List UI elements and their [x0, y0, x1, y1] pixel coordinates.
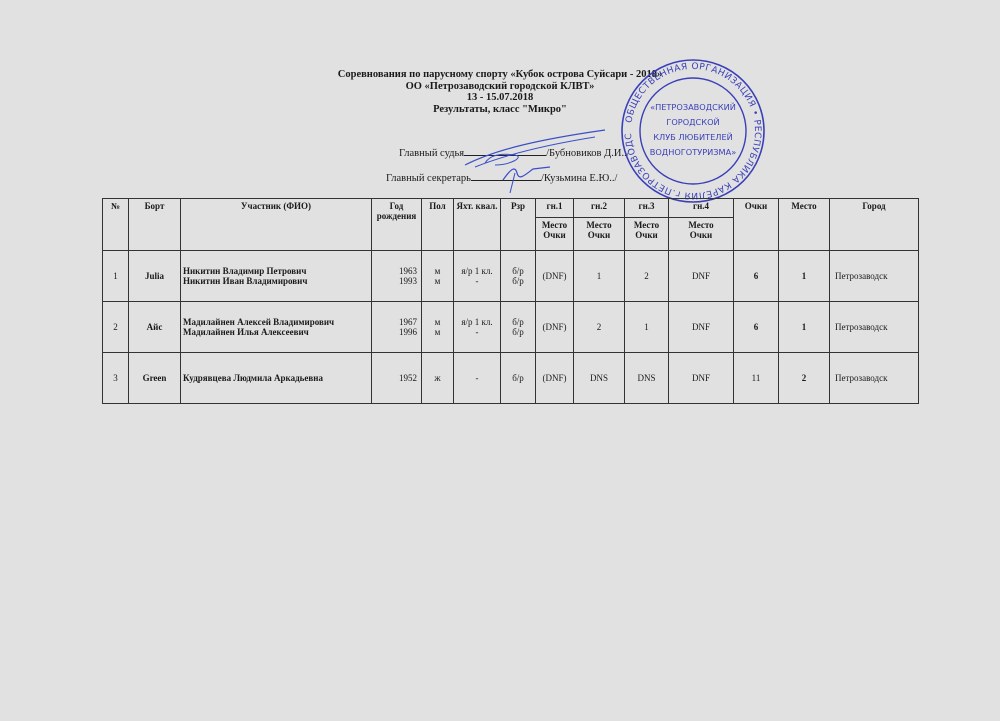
cell-yacht-qual: -: [454, 353, 501, 404]
cell-num: 3: [103, 353, 129, 404]
table-row: 2АйсМадилайнен Алексей ВладимировичМадил…: [103, 302, 919, 353]
cell-race2: 2: [574, 302, 625, 353]
cell-race2: 1: [574, 251, 625, 302]
cell-race1: (DNF): [536, 302, 574, 353]
cell-num: 2: [103, 302, 129, 353]
handwritten-signature-icon: [455, 125, 615, 195]
svg-text:ГОРОДСКОЙ: ГОРОДСКОЙ: [666, 116, 719, 127]
cell-sex: мм: [422, 251, 454, 302]
header-yacht-qual: Яхт. квал.: [454, 199, 501, 251]
cell-race4: DNF: [669, 251, 734, 302]
cell-yacht-qual: я/р 1 кл.-: [454, 251, 501, 302]
header-rank: Рзр: [501, 199, 536, 251]
header-race3: гн.3: [625, 199, 669, 218]
cell-city: Петрозаводск: [830, 353, 919, 404]
header-birth-year: Год рождения: [372, 199, 422, 251]
results-table: № Борт Участник (ФИО) Год рождения Пол Я…: [102, 198, 919, 404]
cell-rank: б/р: [501, 353, 536, 404]
cell-participants: Никитин Владимир ПетровичНикитин Иван Вл…: [181, 251, 372, 302]
cell-points: 6: [734, 251, 779, 302]
cell-race1: (DNF): [536, 353, 574, 404]
cell-rank: б/рб/р: [501, 302, 536, 353]
subheader-race2: МестоОчки: [574, 218, 625, 251]
table-row: 1JuliaНикитин Владимир ПетровичНикитин И…: [103, 251, 919, 302]
subheader-race4: МестоОчки: [669, 218, 734, 251]
cell-boat: Julia: [129, 251, 181, 302]
cell-boat: Айс: [129, 302, 181, 353]
cell-participants: Мадилайнен Алексей ВладимировичМадилайне…: [181, 302, 372, 353]
header-place: Место: [779, 199, 830, 251]
cell-sex: ж: [422, 353, 454, 404]
subheader-race1: МестоОчки: [536, 218, 574, 251]
cell-points: 6: [734, 302, 779, 353]
cell-birth-years: 1952: [372, 353, 422, 404]
cell-place: 2: [779, 353, 830, 404]
header-num: №: [103, 199, 129, 251]
cell-place: 1: [779, 302, 830, 353]
cell-place: 1: [779, 251, 830, 302]
cell-birth-years: 19631993: [372, 251, 422, 302]
cell-race3: 1: [625, 302, 669, 353]
cell-yacht-qual: я/р 1 кл.-: [454, 302, 501, 353]
table-row: 3GreenКудрявцева Людмила Аркадьевна1952ж…: [103, 353, 919, 404]
cell-race3: DNS: [625, 353, 669, 404]
table-header-row: № Борт Участник (ФИО) Год рождения Пол Я…: [103, 199, 919, 218]
header-race1: гн.1: [536, 199, 574, 218]
svg-text:ВОДНОГОТУРИЗМА»: ВОДНОГОТУРИЗМА»: [650, 147, 736, 157]
cell-race2: DNS: [574, 353, 625, 404]
cell-num: 1: [103, 251, 129, 302]
cell-race1: (DNF): [536, 251, 574, 302]
subheader-race3: МестоОчки: [625, 218, 669, 251]
cell-race4: DNF: [669, 353, 734, 404]
cell-sex: мм: [422, 302, 454, 353]
organization-stamp-icon: ОБЩЕСТВЕННАЯ ОРГАНИЗАЦИЯ • РЕСПУБЛИКА КА…: [620, 58, 766, 204]
svg-text:«ПЕТРОЗАВОДСКИЙ: «ПЕТРОЗАВОДСКИЙ: [650, 101, 736, 112]
header-city: Город: [830, 199, 919, 251]
header-race4: гн.4: [669, 199, 734, 218]
cell-points: 11: [734, 353, 779, 404]
cell-boat: Green: [129, 353, 181, 404]
cell-birth-years: 19671996: [372, 302, 422, 353]
svg-text:КЛУБ ЛЮБИТЕЛЕЙ: КЛУБ ЛЮБИТЕЛЕЙ: [653, 131, 733, 142]
cell-race4: DNF: [669, 302, 734, 353]
cell-city: Петрозаводск: [830, 302, 919, 353]
header-boat: Борт: [129, 199, 181, 251]
header-race2: гн.2: [574, 199, 625, 218]
cell-participants: Кудрявцева Людмила Аркадьевна: [181, 353, 372, 404]
header-sex: Пол: [422, 199, 454, 251]
cell-race3: 2: [625, 251, 669, 302]
cell-rank: б/рб/р: [501, 251, 536, 302]
header-points: Очки: [734, 199, 779, 251]
cell-city: Петрозаводск: [830, 251, 919, 302]
header-participant: Участник (ФИО): [181, 199, 372, 251]
